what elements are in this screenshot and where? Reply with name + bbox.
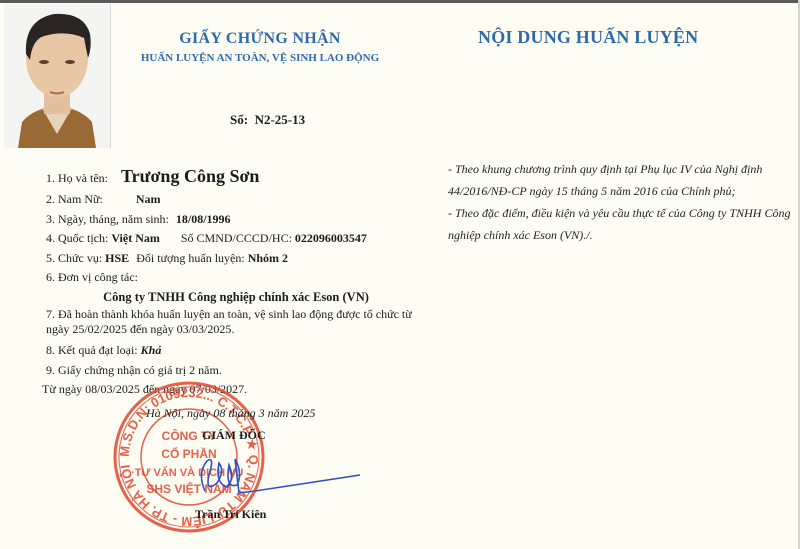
name-label: 1. Họ và tên:: [46, 171, 108, 185]
group-value: Nhóm 2: [248, 251, 288, 265]
dob-label: 3. Ngày, tháng, năm sinh:: [46, 212, 169, 226]
training-content-title: NỘI DUNG HUẤN LUYỆN: [478, 27, 698, 48]
training-content-item-2: - Theo đặc điểm, điều kiện và yêu cầu th…: [448, 202, 793, 246]
field-workplace-label: 6. Đơn vị công tác:: [46, 268, 416, 288]
nationality-value: Việt Nam: [111, 231, 160, 245]
handwritten-signature: [195, 453, 365, 503]
group-label: Đối tượng huấn luyện:: [136, 251, 245, 265]
result-value: Khá: [141, 343, 162, 357]
certificate-fields: 1. Họ và tên: Trương Công Sơn 2. Nam Nữ:…: [46, 164, 416, 400]
field-dob: 3. Ngày, tháng, năm sinh: 18/08/1996: [46, 210, 416, 230]
position-label: 5. Chức vụ:: [46, 251, 102, 265]
certificate-title: GIẤY CHỨNG NHẬN: [130, 30, 390, 48]
field-position: 5. Chức vụ: HSE Đối tượng huấn luyện: Nh…: [46, 249, 416, 269]
certificate-number-value: N2-25-13: [255, 112, 306, 127]
field-result: 8. Kết quả đạt loại: Khá: [46, 341, 416, 361]
id-value: 022096003547: [295, 231, 367, 245]
field-validity: 9. Giấy chứng nhận có giá trị 2 năm.: [46, 361, 416, 381]
field-nationality: 4. Quốc tịch: Việt Nam Số CMND/CCCD/HC: …: [46, 229, 416, 249]
dob-value: 18/08/1996: [176, 212, 231, 226]
training-content-body: - Theo khung chương trình quy định tại P…: [448, 158, 793, 246]
scan-top-edge: [0, 0, 800, 3]
certificate-header: GIẤY CHỨNG NHẬN HUẤN LUYỆN AN TOÀN, VỆ S…: [130, 30, 390, 64]
director-title: GIÁM ĐỐC: [202, 428, 266, 443]
certificate-number: Số: N2-25-13: [230, 112, 305, 128]
id-label: Số CMND/CCCD/HC:: [181, 231, 292, 245]
certificate-number-label: Số:: [230, 112, 248, 127]
training-content-item-1: - Theo khung chương trình quy định tại P…: [448, 158, 793, 202]
field-gender: 2. Nam Nữ: Nam: [46, 190, 416, 210]
nationality-label: 4. Quốc tịch:: [46, 231, 108, 245]
workplace-value: Công ty TNHH Công nghiệp chính xác Eson …: [56, 288, 416, 308]
certificate-subtitle: HUẤN LUYỆN AN TOÀN, VỆ SINH LAO ĐỘNG: [130, 52, 390, 64]
gender-label: 2. Nam Nữ:: [46, 192, 103, 206]
portrait-photo: [4, 4, 111, 148]
position-value: HSE: [105, 251, 129, 265]
name-value: Trương Công Sơn: [121, 166, 259, 186]
field-name: 1. Họ và tên: Trương Công Sơn: [46, 164, 416, 190]
signing-place-date: Hà Nội, ngày 08 tháng 3 năm 2025: [146, 406, 315, 421]
field-training-completed: 7. Đã hoàn thành khóa huấn luyện an toàn…: [46, 307, 416, 337]
result-label: 8. Kết quả đạt loại:: [46, 343, 138, 357]
gender-value: Nam: [136, 192, 161, 206]
director-name: Trần Trí Kiên: [195, 507, 266, 522]
